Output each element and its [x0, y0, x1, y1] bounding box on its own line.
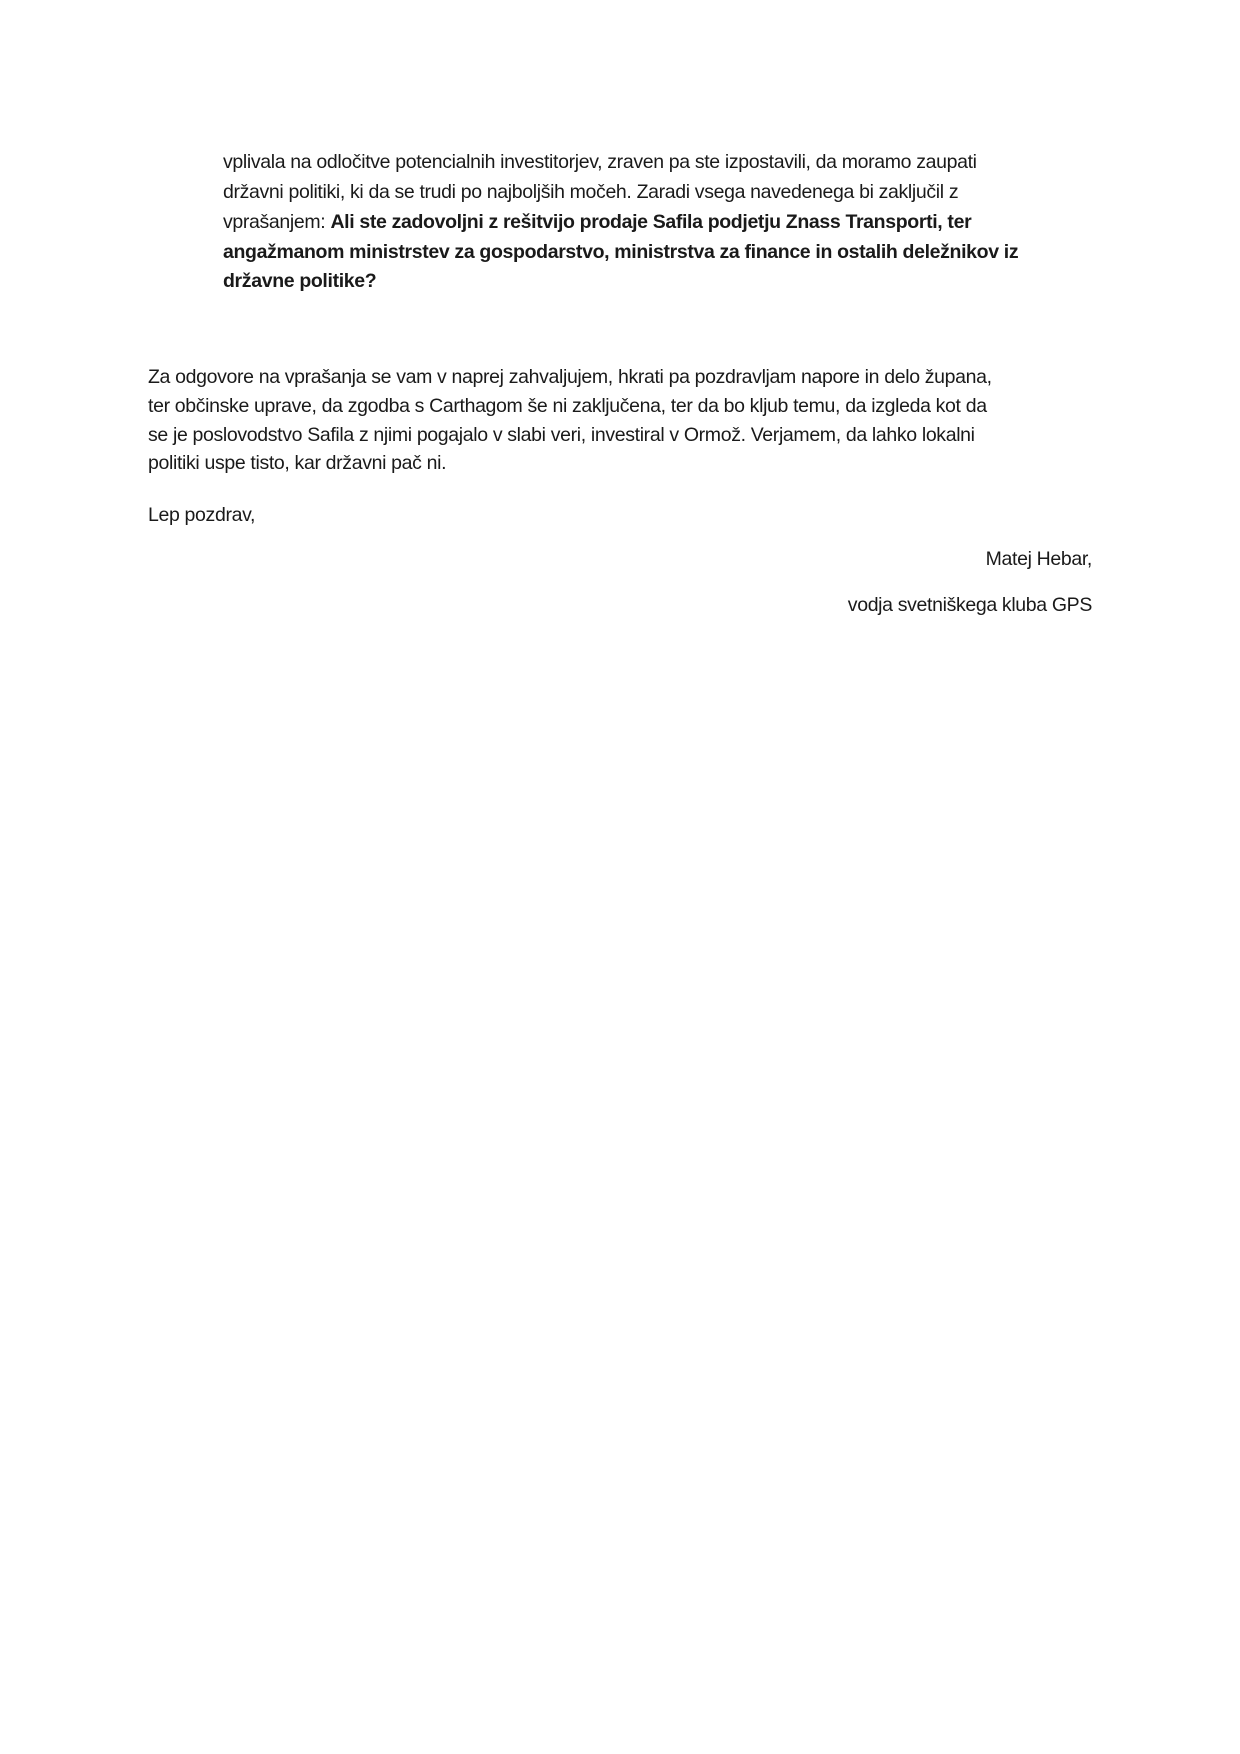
- question-bold: Ali ste zadovoljni z rešitvijo prodaje S…: [330, 211, 971, 233]
- paragraph-line: vprašanjem: Ali ste zadovoljni z rešitvi…: [223, 207, 971, 237]
- document-page: vplivala na odločitve potencialnih inves…: [0, 0, 1240, 1754]
- paragraph-line: politiki uspe tisto, kar državni pač ni.: [148, 448, 446, 478]
- closing-salutation: Lep pozdrav,: [148, 500, 255, 530]
- signature-title: vodja svetniškega kluba GPS: [848, 590, 1092, 620]
- paragraph-line: se je poslovodstvo Safila z njimi pogaja…: [148, 420, 975, 450]
- question-bold-line: angažmanom ministrstev za gospodarstvo, …: [223, 237, 1018, 267]
- paragraph-line: državni politiki, ki da se trudi po najb…: [223, 177, 958, 207]
- paragraph-line: ter občinske uprave, da zgodba s Carthag…: [148, 391, 987, 421]
- question-intro: vprašanjem:: [223, 211, 330, 233]
- paragraph-line: vplivala na odločitve potencialnih inves…: [223, 147, 977, 177]
- paragraph-line: Za odgovore na vprašanja se vam v naprej…: [148, 362, 992, 392]
- signature-name: Matej Hebar,: [986, 544, 1092, 574]
- question-bold-line: državne politike?: [223, 266, 376, 296]
